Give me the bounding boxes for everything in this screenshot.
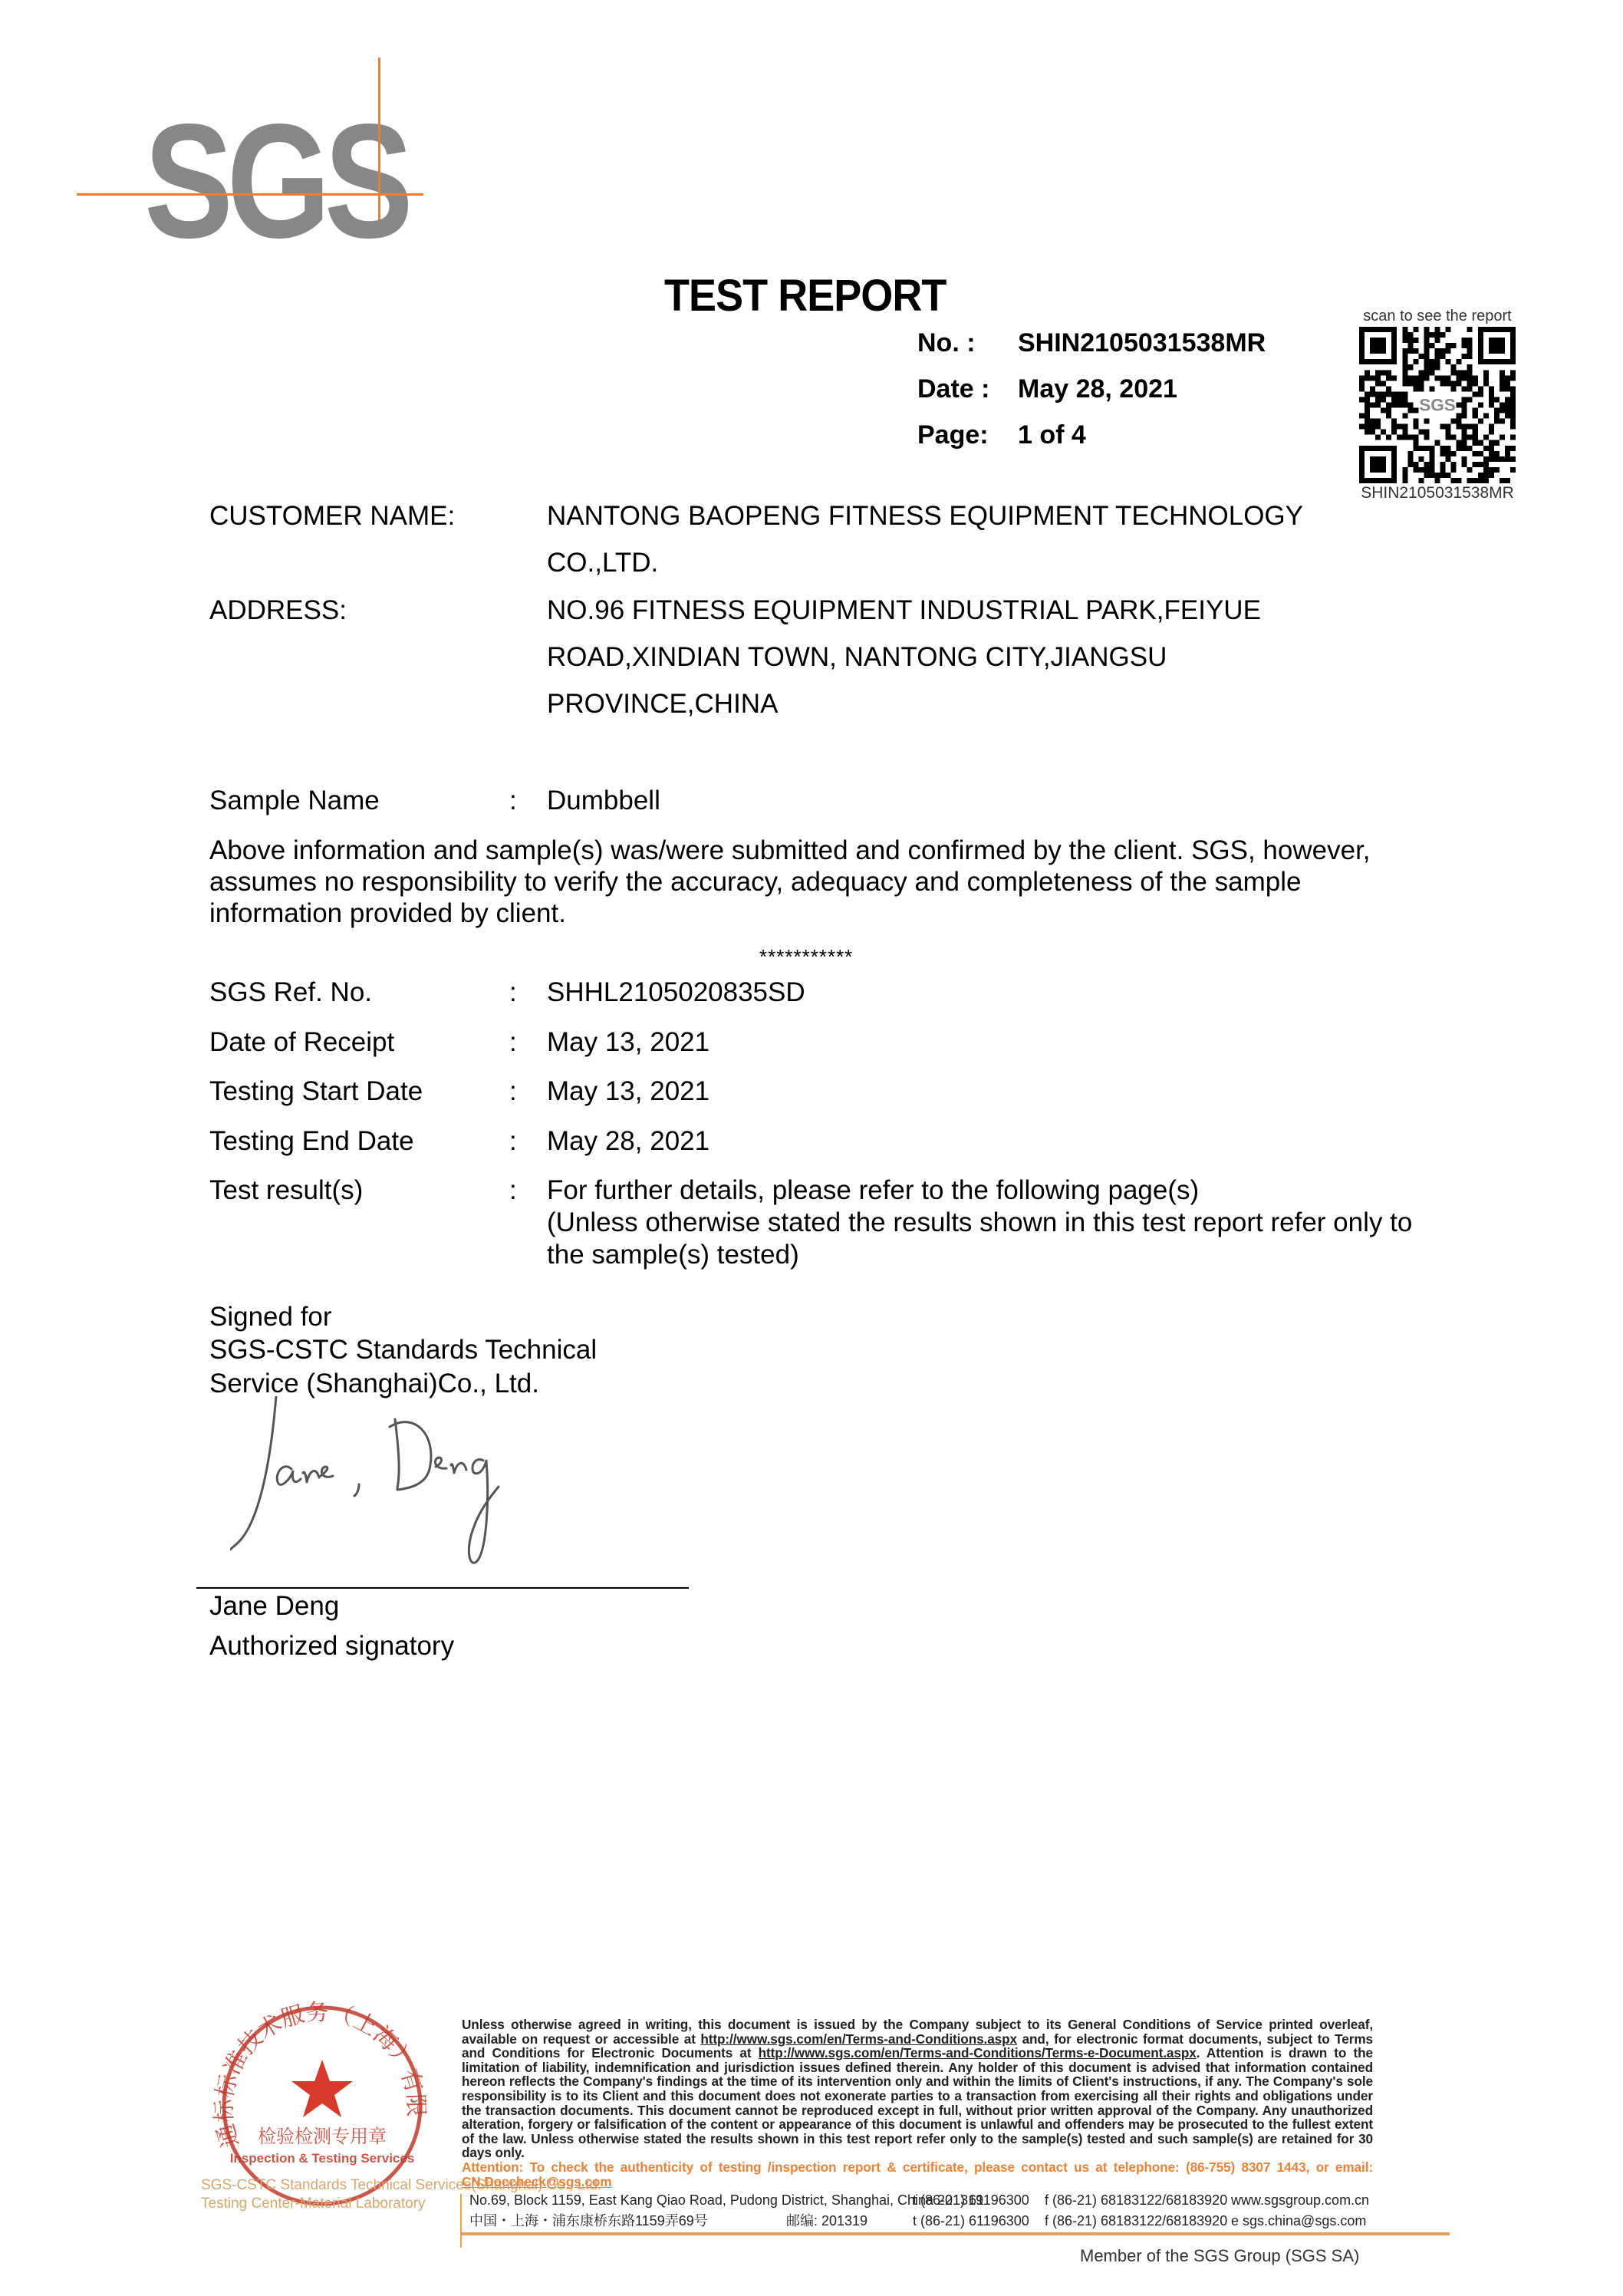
end-date-colon: : bbox=[509, 1126, 517, 1157]
logo-vertical-rule bbox=[378, 58, 380, 220]
page-title: TEST REPORT bbox=[664, 270, 946, 321]
legal-text-3: . Attention is drawn to the limitation o… bbox=[462, 2045, 1373, 2160]
authenticity-attention: Attention: To check the authenticity of … bbox=[462, 2159, 1373, 2175]
report-date-label: Date : bbox=[917, 374, 989, 404]
report-no-value: SHIN2105031538MR bbox=[1018, 328, 1266, 358]
receipt-date-label: Date of Receipt bbox=[209, 1027, 394, 1058]
signed-for-label: Signed for bbox=[209, 1302, 332, 1332]
website-link[interactable]: www.sgsgroup.com.cn bbox=[1231, 2191, 1369, 2209]
address-line-2: ROAD,XINDIAN TOWN, NANTONG CITY,JIANGSU bbox=[547, 642, 1167, 673]
qr-caption: scan to see the report bbox=[1357, 307, 1518, 325]
start-date-colon: : bbox=[509, 1076, 517, 1107]
report-no-label: No. : bbox=[917, 328, 976, 358]
svg-text:Inspection & Testing Services: Inspection & Testing Services bbox=[230, 2151, 415, 2166]
sample-name-value: Dumbbell bbox=[547, 786, 660, 816]
terms-link[interactable]: http://www.sgs.com/en/Terms-and-Conditio… bbox=[700, 2031, 1017, 2047]
logo-wordmark: SGS bbox=[144, 100, 407, 262]
qr-code-icon[interactable]: SGS bbox=[1359, 327, 1516, 483]
member-statement: Member of the SGS Group (SGS SA) bbox=[1080, 2246, 1359, 2266]
receipt-date-colon: : bbox=[509, 1027, 517, 1058]
handwritten-signature bbox=[230, 1396, 575, 1584]
logo-horizontal-rule bbox=[77, 193, 423, 196]
signatory-title: Authorized signatory bbox=[209, 1631, 454, 1662]
test-result-label: Test result(s) bbox=[209, 1175, 363, 1206]
sgs-ref-label: SGS Ref. No. bbox=[209, 977, 372, 1008]
test-result-line-3: the sample(s) tested) bbox=[547, 1240, 799, 1270]
receipt-date-value: May 13, 2021 bbox=[547, 1027, 709, 1058]
e-document-terms-link[interactable]: http://www.sgs.com/en/Terms-and-Conditio… bbox=[759, 2045, 1197, 2060]
svg-text:SGS: SGS bbox=[1419, 396, 1456, 415]
signature-line bbox=[196, 1587, 689, 1589]
sgs-logo: SGS bbox=[77, 58, 430, 222]
sample-name-colon: : bbox=[509, 786, 517, 816]
email-link[interactable]: e sgs.china@sgs.com bbox=[1231, 2212, 1366, 2230]
phone-cn: t (86-21) 61196300 bbox=[913, 2212, 1029, 2230]
sgs-ref-value: SHHL2105020835SD bbox=[547, 977, 805, 1008]
doccheck-email-link[interactable]: CN.Doccheck@sgs.com bbox=[462, 2174, 611, 2189]
address-cn: 中国・上海・浦东康桥东路1159弄69号 bbox=[469, 2212, 708, 2230]
fax-en: f (86-21) 68183122/68183920 bbox=[1045, 2191, 1227, 2209]
customer-name-line-1: NANTONG BAOPENG FITNESS EQUIPMENT TECHNO… bbox=[547, 501, 1303, 532]
phone-en: t (86-21) 61196300 bbox=[913, 2191, 1029, 2209]
address-line-1: NO.96 FITNESS EQUIPMENT INDUSTRIAL PARK,… bbox=[547, 595, 1261, 626]
test-result-colon: : bbox=[509, 1175, 517, 1206]
svg-text:检验检测专用章: 检验检测专用章 bbox=[258, 2126, 387, 2147]
customer-name-label: CUSTOMER NAME: bbox=[209, 501, 455, 532]
end-date-value: May 28, 2021 bbox=[547, 1126, 709, 1157]
address-accent-bar bbox=[460, 2194, 462, 2248]
customer-name-line-2: CO.,LTD. bbox=[547, 548, 658, 578]
signing-company-line-1: SGS-CSTC Standards Technical bbox=[209, 1335, 597, 1365]
start-date-label: Testing Start Date bbox=[209, 1076, 423, 1107]
end-date-label: Testing End Date bbox=[209, 1126, 414, 1157]
address-en: No.69, Block 1159, East Kang Qiao Road, … bbox=[469, 2191, 983, 2209]
address-line-3: PROVINCE,CHINA bbox=[547, 689, 778, 720]
signatory-name: Jane Deng bbox=[209, 1591, 339, 1622]
postcode-cn: 邮编: 201319 bbox=[786, 2212, 867, 2230]
test-result-line-1: For further details, please refer to the… bbox=[547, 1175, 1199, 1206]
page-label: Page: bbox=[917, 420, 989, 450]
sample-name-label: Sample Name bbox=[209, 786, 380, 816]
footer-rule bbox=[460, 2232, 1450, 2235]
qr-report-id: SHIN2105031538MR bbox=[1357, 483, 1518, 503]
legal-disclaimer: Unless otherwise agreed in writing, this… bbox=[462, 2018, 1373, 2189]
sample-disclaimer: Above information and sample(s) was/were… bbox=[209, 835, 1421, 929]
fax-cn: f (86-21) 68183122/68183920 bbox=[1045, 2212, 1227, 2230]
section-separator: *********** bbox=[759, 945, 853, 969]
qr-block: scan to see the report SGS SHIN210503153… bbox=[1357, 307, 1518, 503]
address-label: ADDRESS: bbox=[209, 595, 347, 626]
signing-company-line-2: Service (Shanghai)Co., Ltd. bbox=[209, 1369, 539, 1399]
start-date-value: May 13, 2021 bbox=[547, 1076, 709, 1107]
test-result-line-2: (Unless otherwise stated the results sho… bbox=[547, 1207, 1412, 1238]
sgs-ref-colon: : bbox=[509, 977, 517, 1008]
report-date-value: May 28, 2021 bbox=[1018, 374, 1177, 404]
page-value: 1 of 4 bbox=[1018, 420, 1086, 450]
